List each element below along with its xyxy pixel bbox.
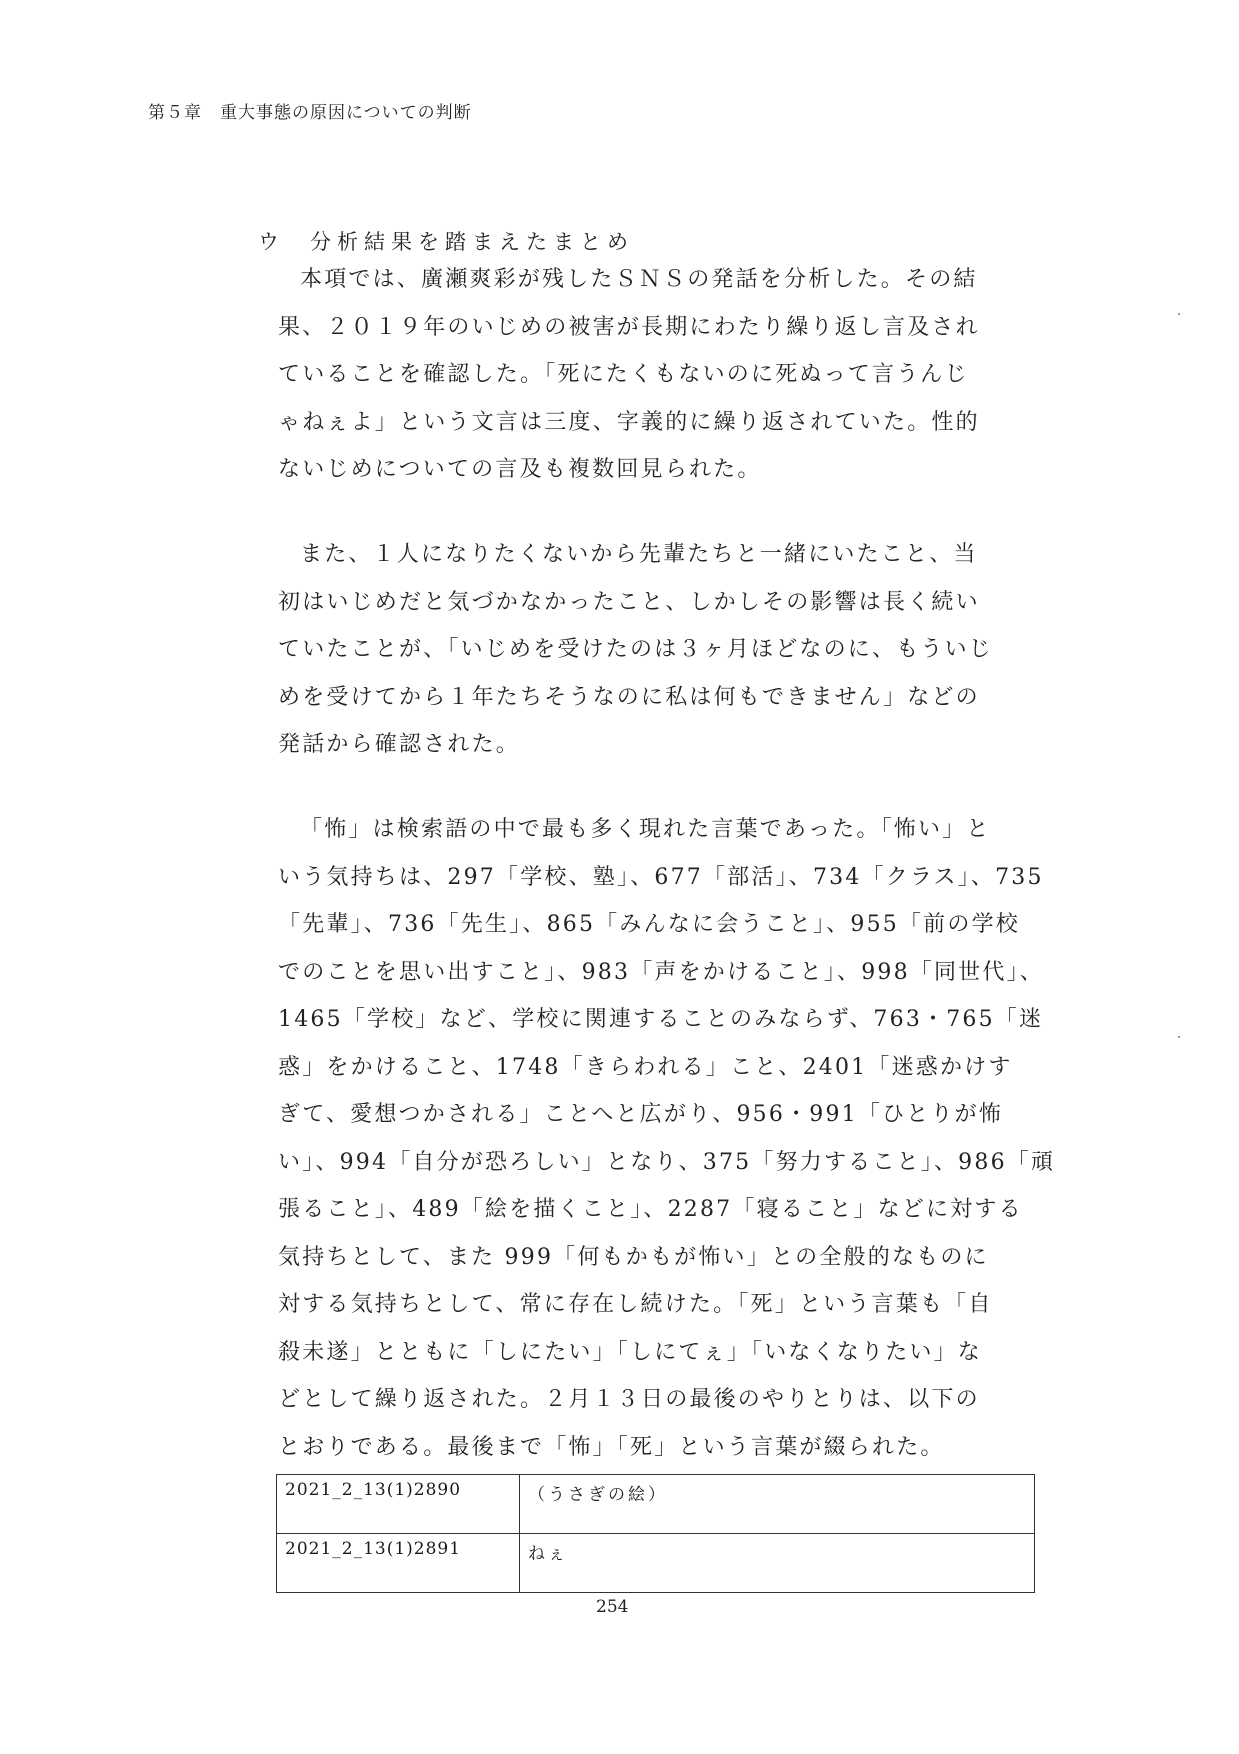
paragraph-line: 初はいじめだと気づかなかったこと、しかしその影響は長く続い [278,579,1046,627]
paragraph-line: 殺未遂」とともに「しにたい」「しにてぇ」「いなくなりたい」な [278,1329,1046,1377]
paragraph-line: ていることを確認した。「死にたくもないのに死ぬって言うんじ [278,351,1046,399]
paragraph-line: ゃねぇよ」という文言は三度、字義的に繰り返されていた。性的 [278,399,1046,447]
running-header: 第５章 重大事態の原因についての判断 [148,98,472,123]
paragraph-1: 本項では、廣瀬爽彩が残したＳＮＳの発話を分析した。その結 果、２０１９年のいじめ… [278,256,1046,516]
message-log-table: 2021_2_13(1)2890 （うさぎの絵） 2021_2_13(1)289… [276,1474,1035,1593]
page-number: 254 [596,1597,628,1617]
scan-artifact [1178,1036,1180,1038]
paragraph-line: 惑」をかけること、1748「きらわれる」こと、2401「迷惑かけす [278,1044,1046,1092]
paragraph-line: めを受けてから１年たちそうなのに私は何もできません」などの [278,674,1046,722]
paragraph-line: 果、２０１９年のいじめの被害が長期にわたり繰り返し言及され [278,304,1046,352]
message-text-cell: ねぇ [520,1534,1035,1593]
paragraph-3: 「怖」は検索語の中で最も多く現れた言葉であった。「怖い」と いう気持ちは、297… [278,806,1046,1493]
message-text-cell: （うさぎの絵） [520,1475,1035,1534]
paragraph-line: 本項では、廣瀬爽彩が残したＳＮＳの発話を分析した。その結 [278,256,1046,304]
paragraph-line: とおりである。最後まで「怖」「死」という言葉が綴られた。 [278,1424,1046,1472]
paragraph-line: い」、994「自分が恐ろしい」となり、375「努力すること」、986「頑 [278,1139,1046,1187]
paragraph-line: ていたことが、「いじめを受けたのは３ヶ月ほどなのに、もういじ [278,626,1046,674]
table-row: 2021_2_13(1)2891 ねぇ [277,1534,1035,1593]
paragraph-line: ぎて、愛想つかされる」ことへと広がり、956・991「ひとりが怖 [278,1091,1046,1139]
paragraph-line: いう気持ちは、297「学校、塾」、677「部活」、734「クラス」、735 [278,854,1046,902]
paragraph-line: ないじめについての言及も複数回見られた。 [278,446,1046,494]
table-row: 2021_2_13(1)2890 （うさぎの絵） [277,1475,1035,1534]
paragraph-line: また、１人になりたくないから先輩たちと一緒にいたこと、当 [278,531,1046,579]
scan-artifact [1178,313,1180,315]
paragraph-line: でのことを思い出すこと」、983「声をかけること」、998「同世代」、 [278,949,1046,997]
paragraph-line: 張ること」、489「絵を描くこと」、2287「寝ること」などに対する [278,1186,1046,1234]
paragraph-line: どとして繰り返された。２月１３日の最後のやりとりは、以下の [278,1376,1046,1424]
paragraph-line: 1465「学校」など、学校に関連することのみならず、763・765「迷 [278,996,1046,1044]
paragraph-line: 発話から確認された。 [278,721,1046,769]
section-title: 分析結果を踏まえたまとめ [310,230,634,254]
message-id-cell: 2021_2_13(1)2890 [277,1475,520,1534]
section-marker: ウ [258,226,310,256]
section-heading: ウ分析結果を踏まえたまとめ [258,226,634,256]
paragraph-line: 「先輩」、736「先生」、865「みんなに会うこと」、955「前の学校 [278,901,1046,949]
paragraph-line: 対する気持ちとして、常に存在し続けた。「死」という言葉も「自 [278,1281,1046,1329]
paragraph-line: 「怖」は検索語の中で最も多く現れた言葉であった。「怖い」と [278,806,1046,854]
message-id-cell: 2021_2_13(1)2891 [277,1534,520,1593]
paragraph-2: また、１人になりたくないから先輩たちと一緒にいたこと、当 初はいじめだと気づかな… [278,531,1046,791]
paragraph-line: 気持ちとして、また 999「何もかもが怖い」との全般的なものに [278,1234,1046,1282]
